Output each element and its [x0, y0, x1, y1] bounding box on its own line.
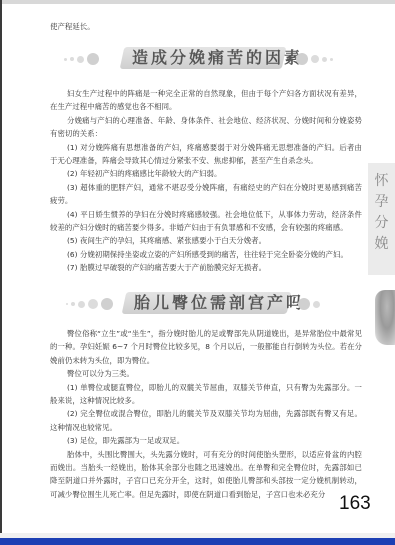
heading-decoration-left	[66, 298, 113, 310]
list-item: (4) 平日娇生惯养的孕妇在分娩时疼痛感较强。社会地位低下，从事体力劳动，经济条…	[50, 208, 362, 235]
list-item: (5) 夜间生产的孕妇，其疼痛感、紧张感要小于白天分娩者。	[50, 234, 362, 247]
list-item: (1) 单臀位或腿直臀位，即胎儿的双髋关节屈曲，双膝关节伸直，只有臀为先露部分。…	[50, 381, 362, 408]
lead-fragment-block: 使产程延长。	[50, 20, 362, 33]
section-title-2: 胎儿臀位需剖宫产吗	[134, 292, 305, 314]
heading-decoration-left	[64, 53, 99, 65]
list-item: (7) 胎膜过早破裂的产妇的痛苦要大于产前胎膜完好无损者。	[50, 261, 362, 274]
paragraph: 分娩痛与产妇的心理准备、年龄、身体条件、社会地位、经济状况、分娩时间和分娩姿势有…	[50, 114, 362, 141]
list-item: (3) 超体重的肥胖产妇，通常不堪忍受分娩阵痛，有痛经史的产妇在分娩时更易感到痛…	[50, 181, 362, 208]
list-item: (2) 完全臀位或混合臀位，即胎儿的髋关节及双膝关节均为屈曲，先露部既有臀又有足…	[50, 407, 362, 434]
section-heading-2: 胎儿臀位需剖宫产吗	[64, 290, 354, 316]
lead-fragment: 使产程延长。	[50, 20, 362, 33]
baby-illustration-icon	[375, 290, 395, 345]
list-item: (3) 足位，即先露部为一足或双足。	[50, 434, 362, 447]
page-number: 163	[339, 493, 371, 515]
section1-body: 妇女生产过程中的阵痛是一种完全正常的自然现象，但由于每个产妇各方面状况有差异，在…	[50, 87, 362, 275]
paragraph: 胎体中，头围比臀围大，头先露分娩时，可有充分的时间使胎头塑形，以适应骨盆的内腔而…	[50, 448, 362, 502]
paragraph: 臀位俗称“立生”或“坐生”，指分娩时胎儿的足或臀部先从阴道娩出，是异常胎位中最常…	[50, 327, 362, 367]
side-tab-char: 孕	[375, 192, 389, 213]
list-item: (2) 年轻初产妇的疼痛感比年龄较大的产妇弱。	[50, 167, 362, 180]
paragraph: 臀位可以分为三类。	[50, 367, 362, 380]
side-tab-char: 分	[375, 213, 389, 234]
section-title-1: 造成分娩痛苦的因素	[132, 47, 303, 69]
paragraph: 妇女生产过程中的阵痛是一种完全正常的自然现象，但由于每个产妇各方面状况有差异，在…	[50, 87, 362, 114]
chapter-side-tab: 怀 孕 分 娩	[368, 163, 395, 275]
section-heading-1: 造成分娩痛苦的因素	[64, 45, 354, 71]
side-tab-char: 娩	[375, 234, 389, 255]
list-item: (6) 分娩初期保持坐姿或立姿的产妇所感受到的痛苦，往往轻于完全卧姿分娩的产妇。	[50, 248, 362, 261]
side-tab-char: 怀	[375, 171, 389, 192]
heading-decoration-right	[296, 53, 333, 65]
list-item: (1) 对分娩阵痛有思想准备的产妇，疼痛感要弱于对分娩阵痛无思想准备的产妇。后者…	[50, 141, 362, 168]
heading-decoration-right	[298, 298, 320, 310]
viewer-bottom-bar	[0, 538, 395, 545]
section2-body: 臀位俗称“立生”或“坐生”，指分娩时胎儿的足或臀部先从阴道娩出，是异常胎位中最常…	[50, 327, 362, 501]
book-page: 使产程延长。 造成分娩痛苦的因素 妇女生产过程中的阵痛是一种完全正常的自然现象，…	[0, 0, 395, 533]
